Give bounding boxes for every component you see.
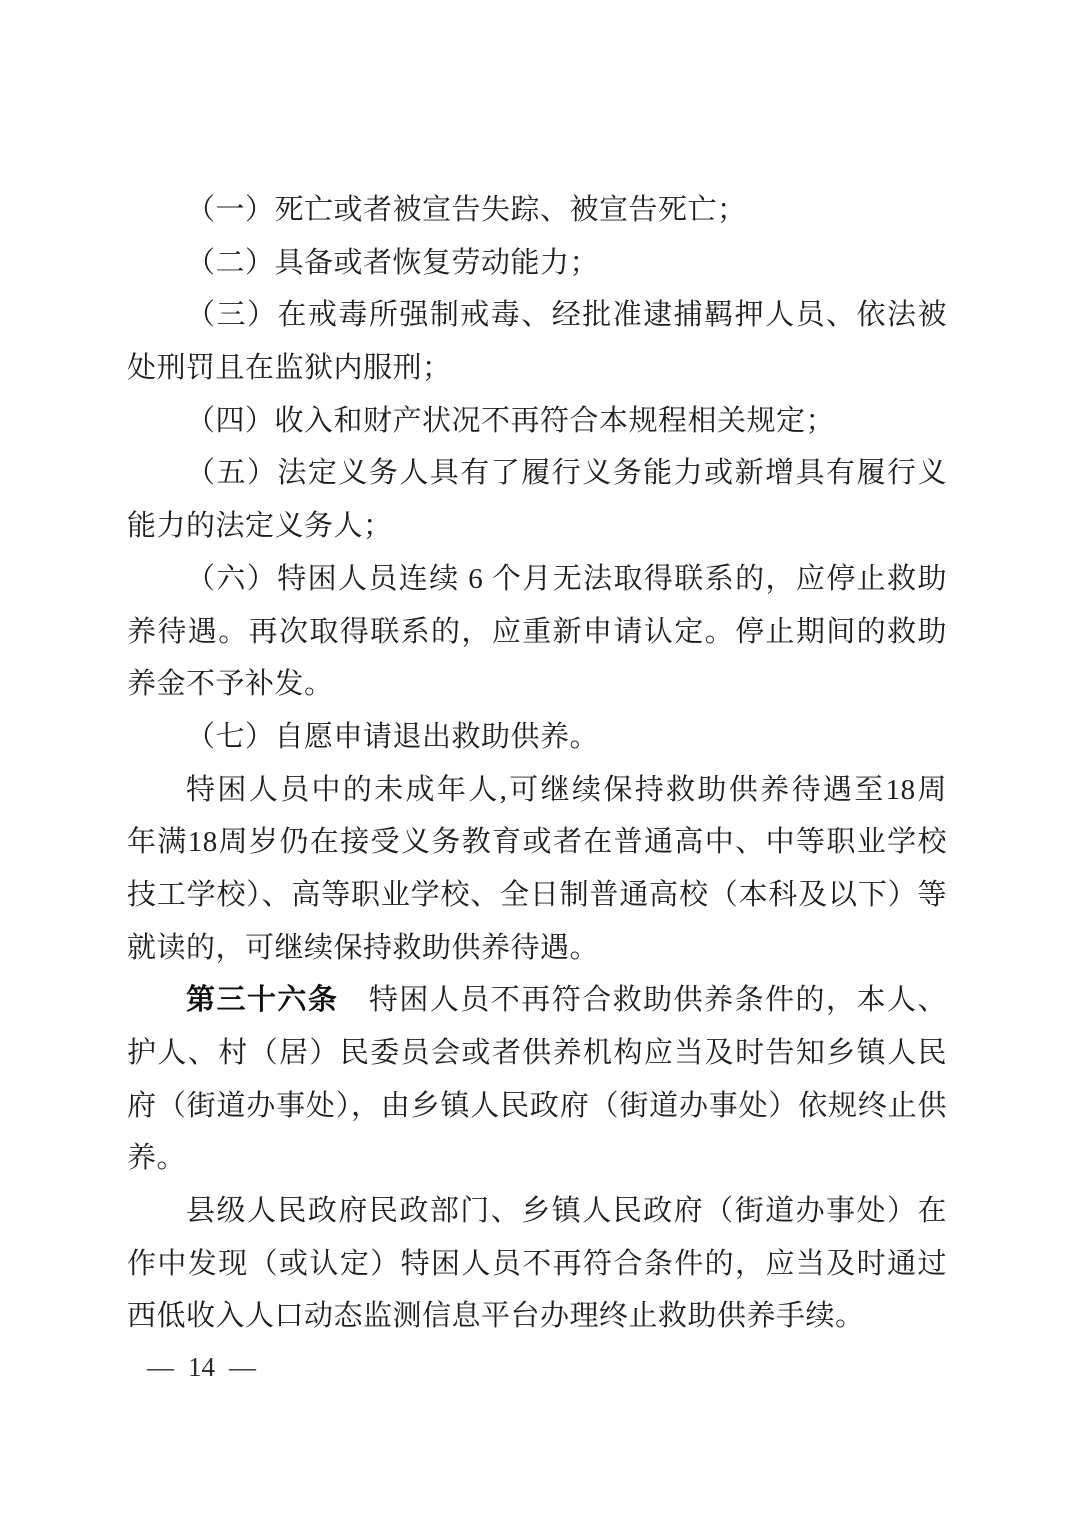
footer-dash-right: — <box>229 1352 256 1383</box>
footer-dash-left: — <box>147 1352 174 1383</box>
text-line: 县级人民政府民政部门、乡镇人民政府（街道办事处）在工 <box>127 1185 947 1238</box>
text-line: 作中发现（或认定）特困人员不再符合条件的，应当及时通过广 <box>127 1238 947 1291</box>
text-line: 就读的，可继续保持救助供养待遇。 <box>127 922 947 975</box>
text-line: 年满18周岁仍在接受义务教育或者在普通高中、中等职业学校(含 <box>127 816 947 869</box>
text-line: 第三十六条 特困人员不再符合救助供养条件的，本人、监 <box>127 974 947 1027</box>
text-line: 处刑罚且在监狱内服刑； <box>127 342 947 395</box>
text-line: （三）在戒毒所强制戒毒、经批准逮捕羁押人员、依法被判 <box>127 289 947 342</box>
text-line: 养待遇。再次取得联系的，应重新申请认定。停止期间的救助供 <box>127 606 947 659</box>
article-number: 第三十六条 <box>186 984 338 1016</box>
text-line: （四）收入和财产状况不再符合本规程相关规定； <box>127 395 947 448</box>
text-line: （一）死亡或者被宣告失踪、被宣告死亡； <box>127 184 947 237</box>
text-line: 护人、村（居）民委员会或者供养机构应当及时告知乡镇人民政 <box>127 1027 947 1080</box>
text-line: 能力的法定义务人； <box>127 500 947 553</box>
text-line: （二）具备或者恢复劳动能力； <box>127 237 947 290</box>
text-line: 养。 <box>127 1132 947 1185</box>
text-line: （七）自愿申请退出救助供养。 <box>127 711 947 764</box>
text-line: （五）法定义务人具有了履行义务能力或新增具有履行义务 <box>127 447 947 500</box>
text-line: 特困人员中的未成年人,可继续保持救助供养待遇至18周岁； <box>127 764 947 817</box>
text-line: 技工学校）、高等职业学校、全日制普通高校（本科及以下）等 <box>127 869 947 922</box>
document-body: （一）死亡或者被宣告失踪、被宣告死亡；（二）具备或者恢复劳动能力；（三）在戒毒所… <box>127 184 947 1343</box>
page-footer: — 14 — <box>147 1352 256 1383</box>
page-number: 14 <box>188 1352 215 1383</box>
document-page: （一）死亡或者被宣告失踪、被宣告死亡；（二）具备或者恢复劳动能力；（三）在戒毒所… <box>0 0 1074 1520</box>
text-line: 养金不予补发。 <box>127 658 947 711</box>
text-line: （六）特困人员连续 6 个月无法取得联系的，应停止救助供 <box>127 553 947 606</box>
text-line: 西低收入人口动态监测信息平台办理终止救助供养手续。 <box>127 1290 947 1343</box>
text-line: 府（街道办事处），由乡镇人民政府（街道办事处）依规终止供 <box>127 1080 947 1133</box>
